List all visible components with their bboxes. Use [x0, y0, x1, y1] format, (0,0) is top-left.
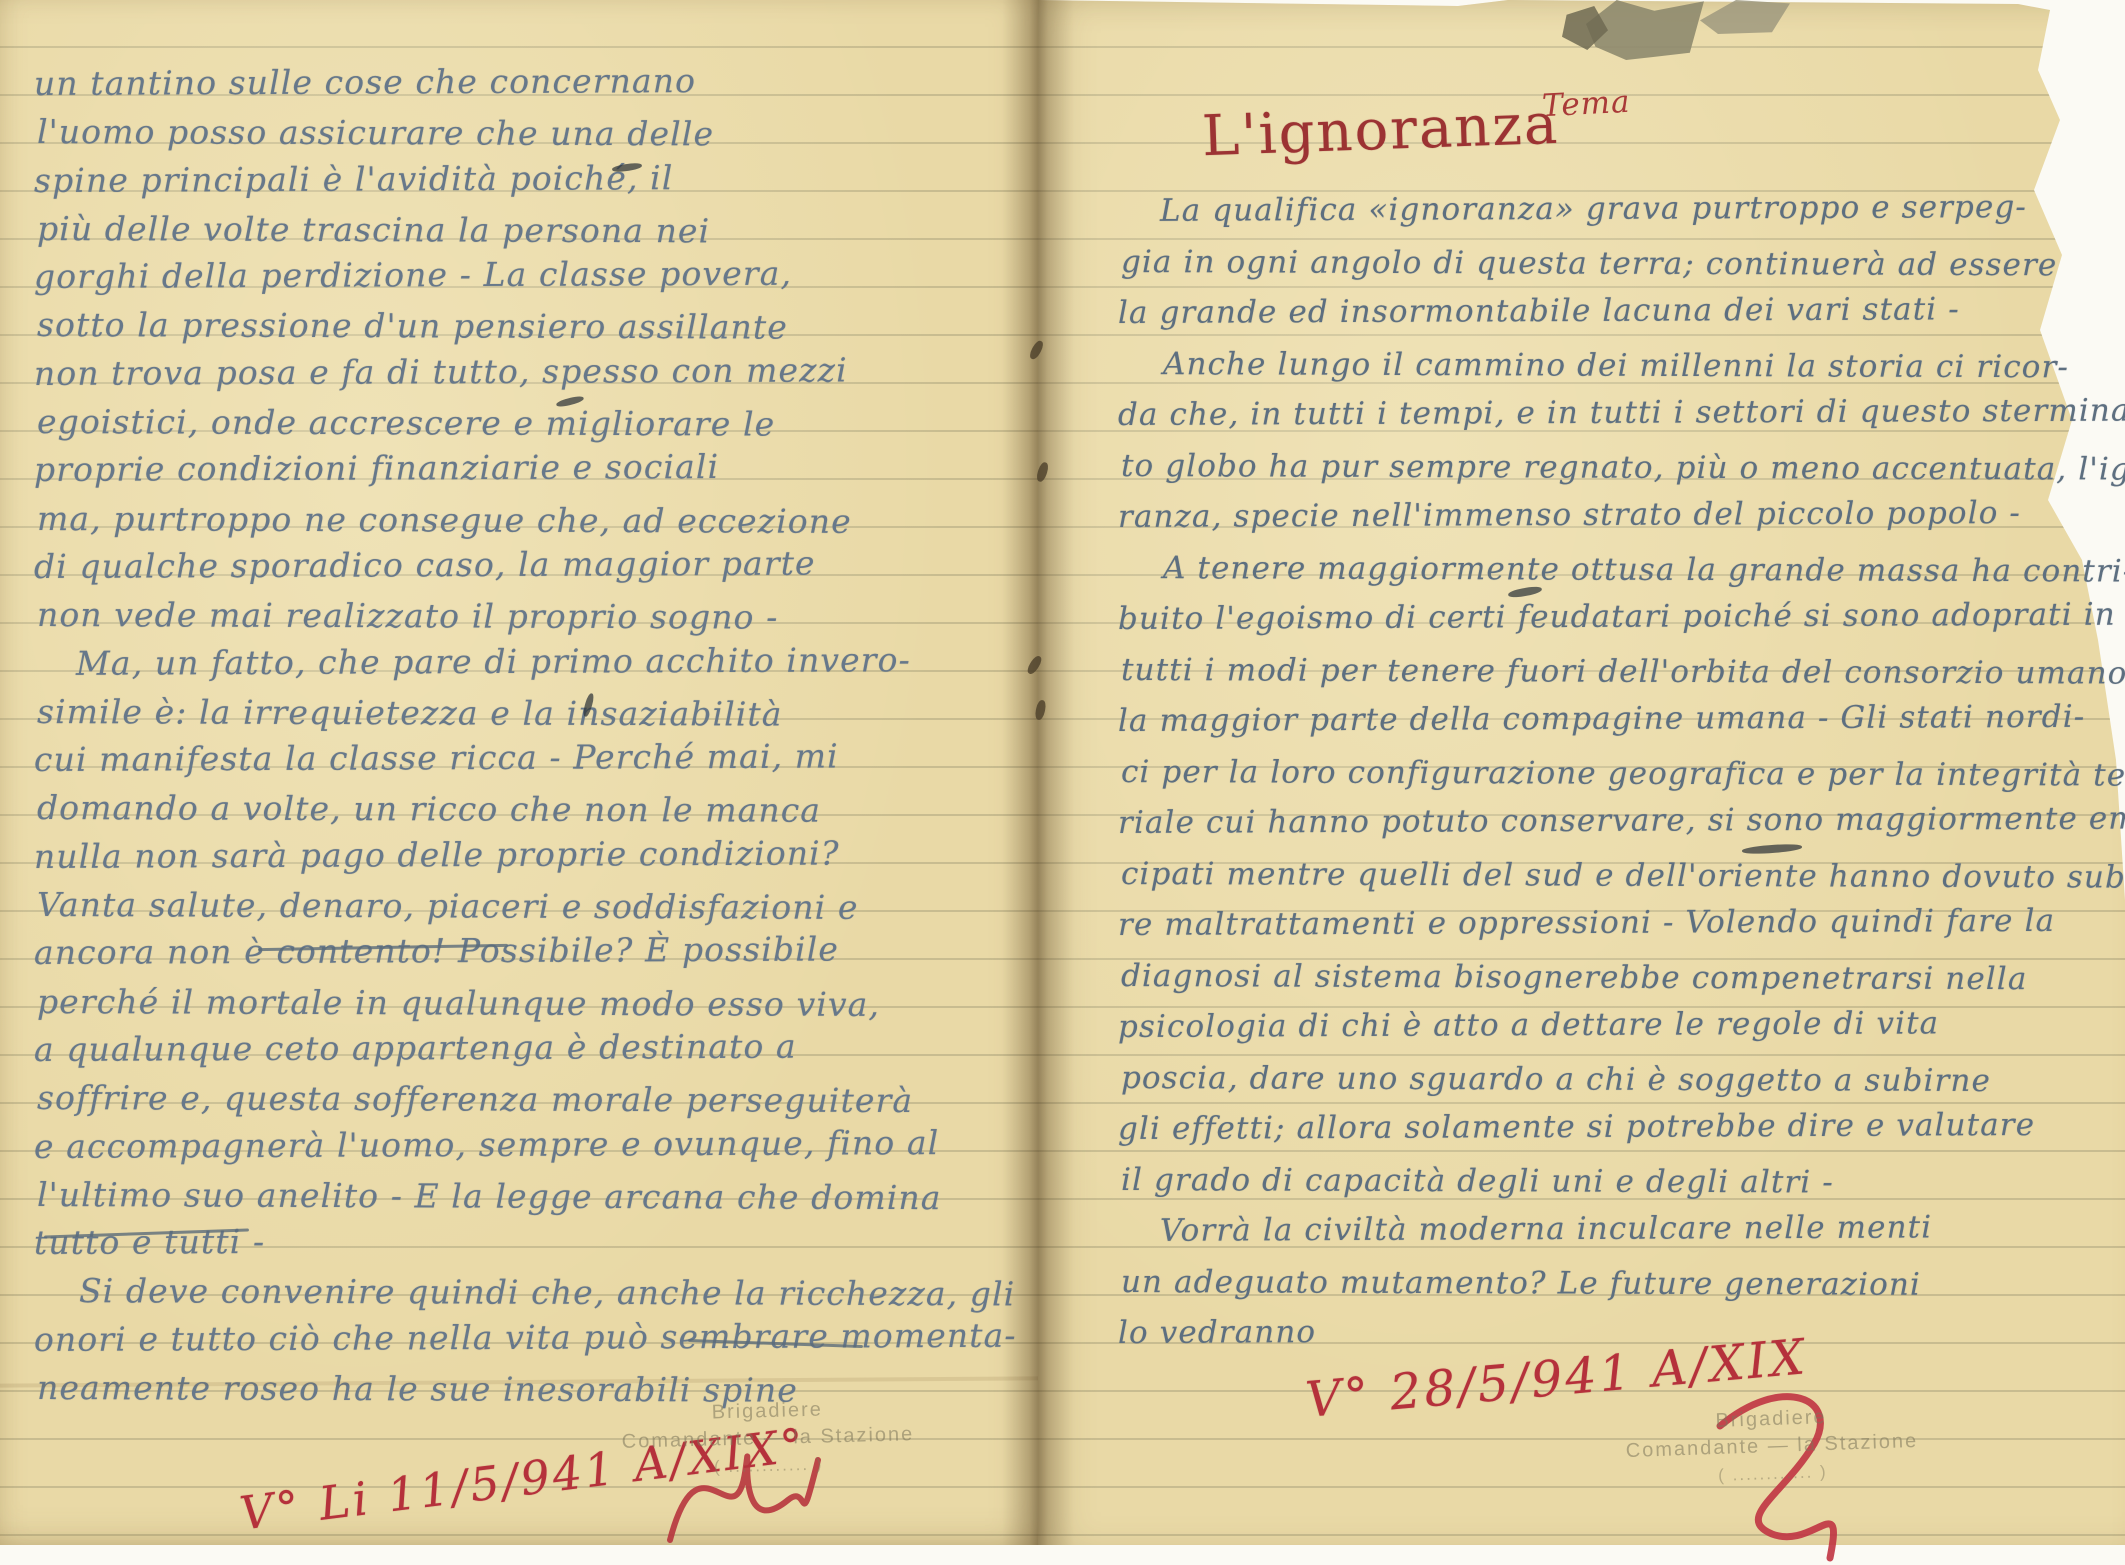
handwritten-line: buito l'egoismo di certi feudatari poich…: [1118, 590, 2118, 645]
handwritten-line: l'uomo posso assicurare che una delle: [37, 108, 1012, 160]
handwritten-line: la maggior parte della compagine umana -…: [1118, 692, 2118, 747]
handwritten-line: gorghi della perdizione - La classe pove…: [34, 249, 1009, 302]
ink-stamp: Brigadiere Comandante — la Stazione ( ..…: [587, 1393, 949, 1483]
handwritten-line: spine principali è l'avidità poiché, il: [34, 152, 1009, 205]
scanned-notebook-spread: un tantino sulle cose che concernano l'u…: [0, 0, 2125, 1565]
handwritten-line: onori e tutto ciò che nella vita può sem…: [34, 1311, 1009, 1364]
right-handwriting-block: La qualifica «ignoranza» grava purtroppo…: [1118, 186, 2118, 1359]
handwritten-line: riale cui hanno potuto conservare, si so…: [1118, 794, 2118, 849]
handwritten-line: cui manifesta la classe ricca - Perché m…: [34, 732, 1009, 785]
handwritten-line: non trova posa e fa di tutto, spesso con…: [34, 346, 1009, 399]
handwritten-line: a qualunque ceto appartenga è destinato …: [34, 1022, 1009, 1075]
handwritten-line: La qualifica «ignoranza» grava purtroppo…: [1118, 182, 2118, 237]
left-handwriting-block: un tantino sulle cose che concernano l'u…: [34, 60, 1009, 1412]
handwritten-line: non vede mai realizzato il proprio sogno…: [37, 591, 1012, 643]
handwritten-line: Ma, un fatto, che pare di primo acchito …: [34, 635, 1009, 688]
essay-title: L'ignoranza: [1201, 92, 1560, 169]
handwritten-line: psicologia di chi è atto a dettare le re…: [1118, 998, 2118, 1053]
handwritten-line: ranza, specie nell'immenso strato del pi…: [1118, 488, 2118, 543]
ink-stamp: Brigadiere Comandante — la Stazione ( ..…: [1591, 1400, 1954, 1494]
handwritten-line: Vorrà la civiltà moderna inculcare nelle…: [1118, 1202, 2118, 1257]
handwritten-line: tutto e tutti -: [34, 1215, 1009, 1268]
left-page: un tantino sulle cose che concernano l'u…: [0, 0, 1038, 1545]
handwritten-line: ancora non è contento! Possibile? È poss…: [34, 925, 1009, 978]
handwritten-line: e accompagnerà l'uomo, sempre e ovunque,…: [34, 1118, 1009, 1171]
handwritten-line: nulla non sarà pago delle proprie condiz…: [34, 828, 1009, 881]
handwritten-line: gli effetti; allora solamente si potrebb…: [1118, 1100, 2118, 1155]
handwritten-line: di qualche sporadico caso, la maggior pa…: [34, 539, 1009, 592]
handwritten-line: re maltrattamenti e oppressioni - Volend…: [1118, 896, 2118, 951]
handwritten-line: un tantino sulle cose che concernano: [34, 56, 1009, 109]
handwritten-line: proprie condizioni finanziarie e sociali: [34, 442, 1009, 495]
handwritten-line: da che, in tutti i tempi, e in tutti i s…: [1118, 386, 2118, 441]
handwritten-line: soffrire e, questa sofferenza morale per…: [37, 1074, 1012, 1126]
handwritten-line: la grande ed insormontabile lacuna dei v…: [1118, 284, 2118, 339]
